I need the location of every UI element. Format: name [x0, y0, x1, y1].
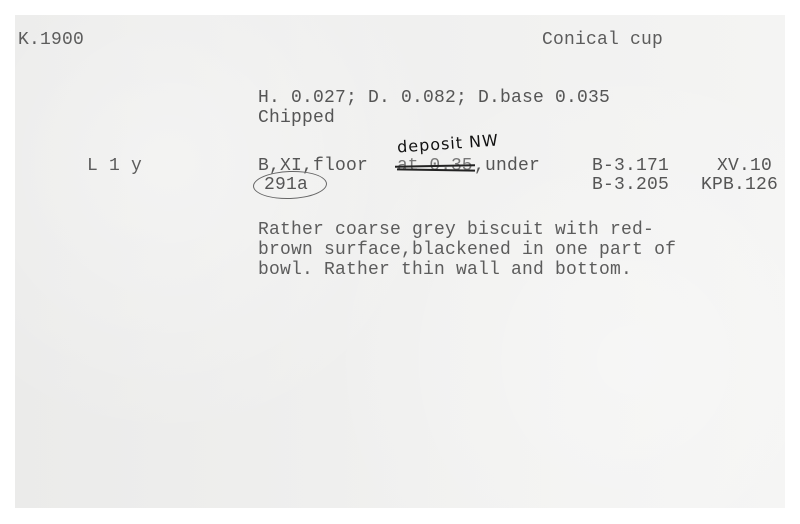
location-code: L 1 y — [87, 156, 142, 176]
description-line-3: bowl. Rather thin wall and bottom. — [258, 260, 632, 280]
reference-2: B-3.205 — [592, 175, 669, 195]
description-line-2: brown surface,blackened in one part of — [258, 240, 676, 260]
reference-2-extra: KPB.126 — [701, 175, 778, 195]
handwritten-insert: deposit NW — [396, 130, 499, 156]
description-line-1: Rather coarse grey biscuit with red- — [258, 220, 654, 240]
findspot-suffix: ,under — [474, 156, 540, 176]
reference-1-extra: XV.10 — [717, 156, 772, 176]
condition: Chipped — [258, 108, 335, 128]
catalog-card: K.1900 Conical cup H. 0.027; D. 0.082; D… — [15, 15, 785, 508]
catalog-number: K.1900 — [18, 30, 84, 50]
object-type: Conical cup — [542, 30, 663, 50]
reference-1: B-3.171 — [592, 156, 669, 176]
dimensions: H. 0.027; D. 0.082; D.base 0.035 — [258, 88, 610, 108]
